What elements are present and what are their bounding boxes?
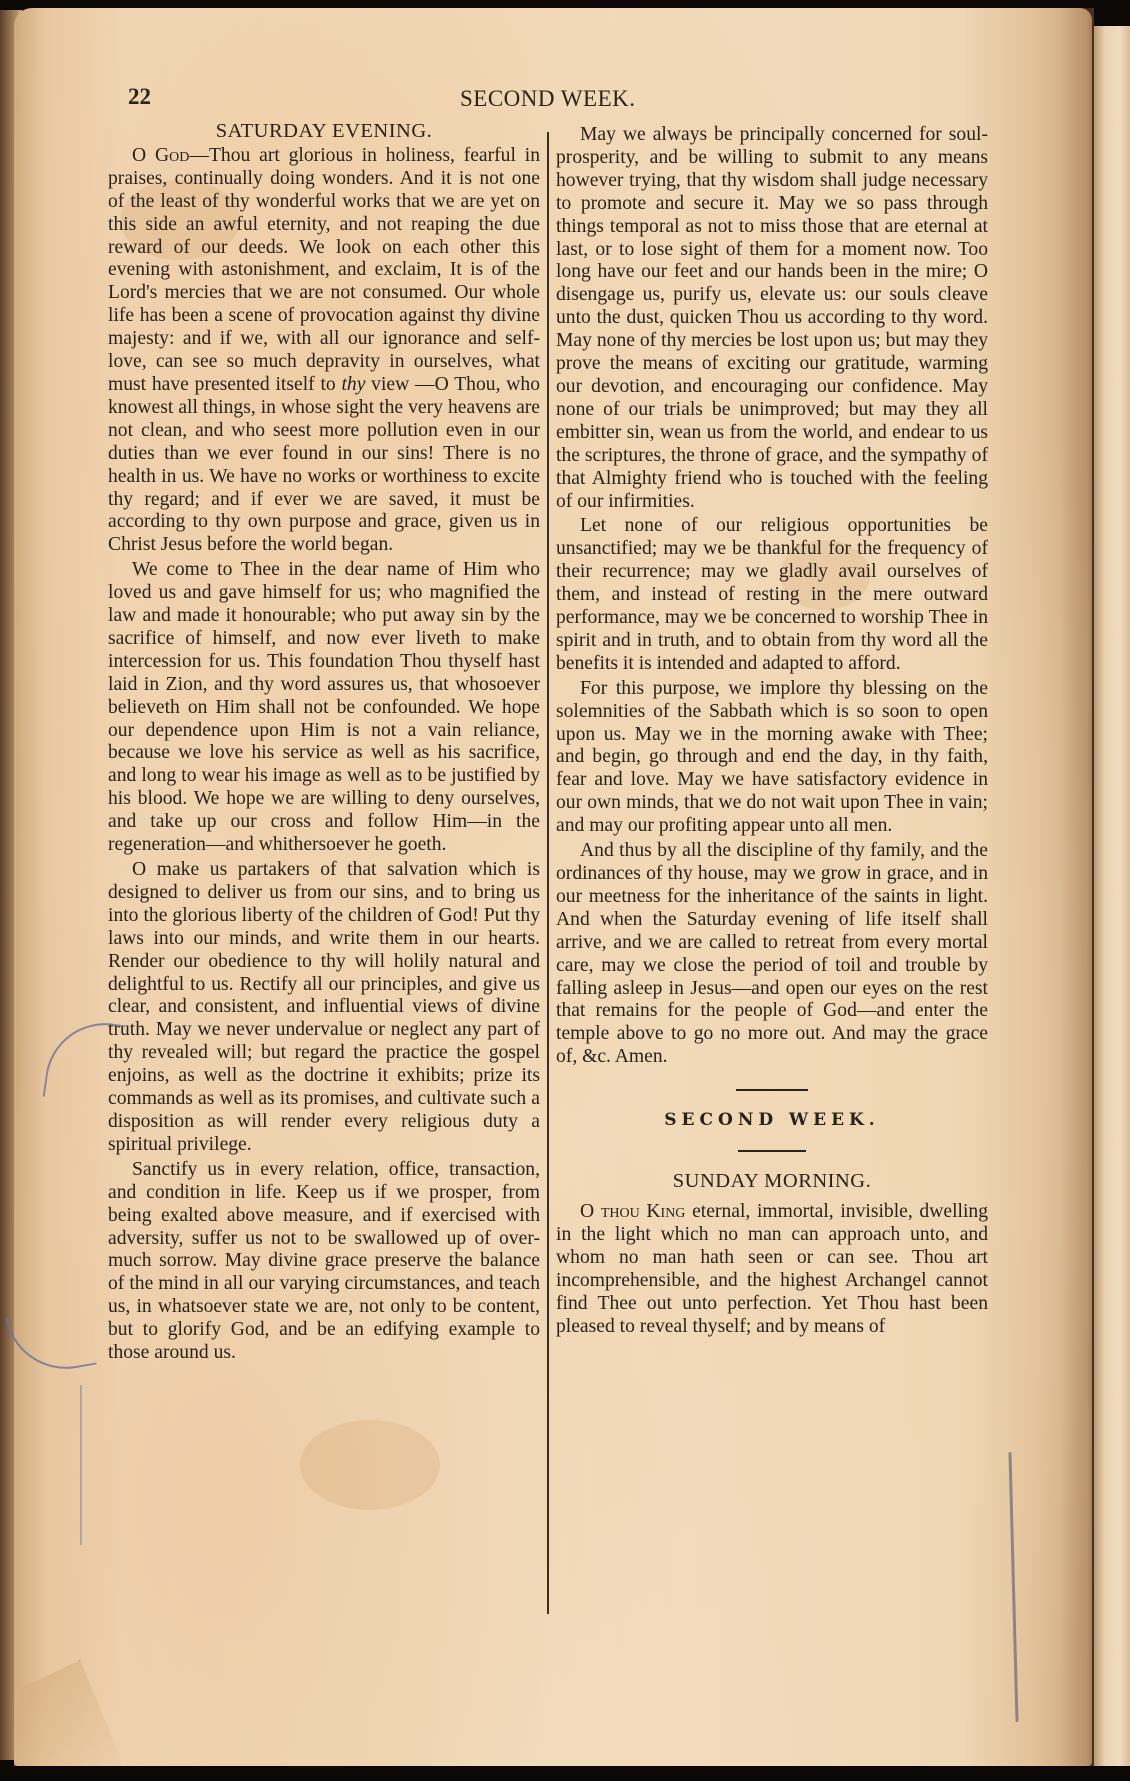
paragraph: O thou King eternal, immortal, invisible… — [556, 1201, 988, 1338]
running-head: 22 SECOND WEEK. — [0, 84, 1130, 114]
paragraph: May we always be principally concerned f… — [556, 124, 988, 513]
running-title: SECOND WEEK. — [460, 86, 636, 112]
paragraph: For this purpose, we implore thy blessin… — [556, 678, 988, 838]
section-rule — [736, 1089, 808, 1091]
paragraph: O God—Thou art glorious in holiness, fea… — [108, 145, 540, 557]
page-number: 22 — [128, 84, 151, 110]
lead-words: O thou King — [580, 1201, 685, 1222]
gutter-shadow — [1060, 8, 1094, 1766]
emphasis: thy — [341, 374, 365, 395]
left-column: SATURDAY EVENING. O God—Thou art gloriou… — [108, 120, 540, 1365]
right-column: May we always be principally concerned f… — [556, 124, 988, 1338]
heading-saturday-evening: SATURDAY EVENING. — [108, 120, 540, 143]
section-title: SECOND WEEK. — [556, 1109, 988, 1132]
paragraph: O make us partakers of that salvation wh… — [108, 859, 540, 1157]
paragraph-text: —Thou art glorious in holiness, fearful … — [108, 145, 540, 395]
paragraph: And thus by all the discipline of thy fa… — [556, 840, 988, 1069]
heading-sunday-morning: SUNDAY MORNING. — [556, 1170, 988, 1193]
paragraph-text: view —O Thou, who knowest all things, in… — [108, 374, 540, 555]
paragraph: Sanctify us in every relation, office, t… — [108, 1159, 540, 1365]
pencil-mark-line — [80, 1385, 82, 1545]
column-divider — [547, 132, 549, 1614]
facing-page-edge — [1094, 26, 1130, 1766]
section-rule — [738, 1150, 806, 1152]
lead-words: O God — [132, 145, 189, 166]
paragraph: We come to Thee in the dear name of Him … — [108, 559, 540, 857]
paragraph: Let none of our religious opportunities … — [556, 515, 988, 675]
paper-stain — [300, 1420, 440, 1510]
